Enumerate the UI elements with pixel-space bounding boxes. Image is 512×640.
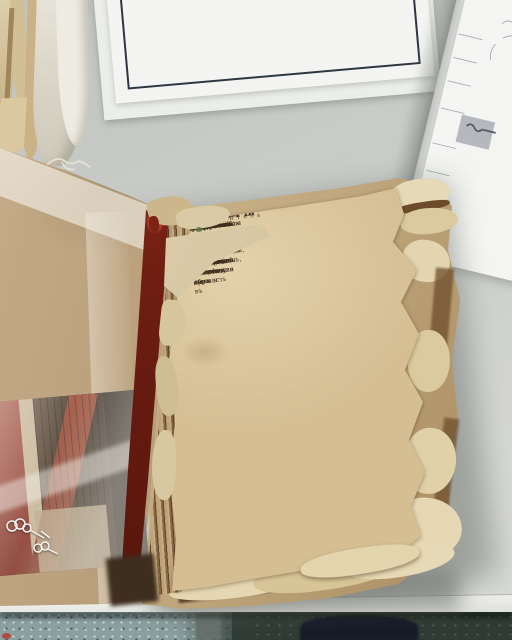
photo-archive-book: ЖИВОТЫ осмотритесь ный вѣчный животъ имѣ…: [0, 0, 512, 640]
green-fragment: [196, 227, 202, 232]
